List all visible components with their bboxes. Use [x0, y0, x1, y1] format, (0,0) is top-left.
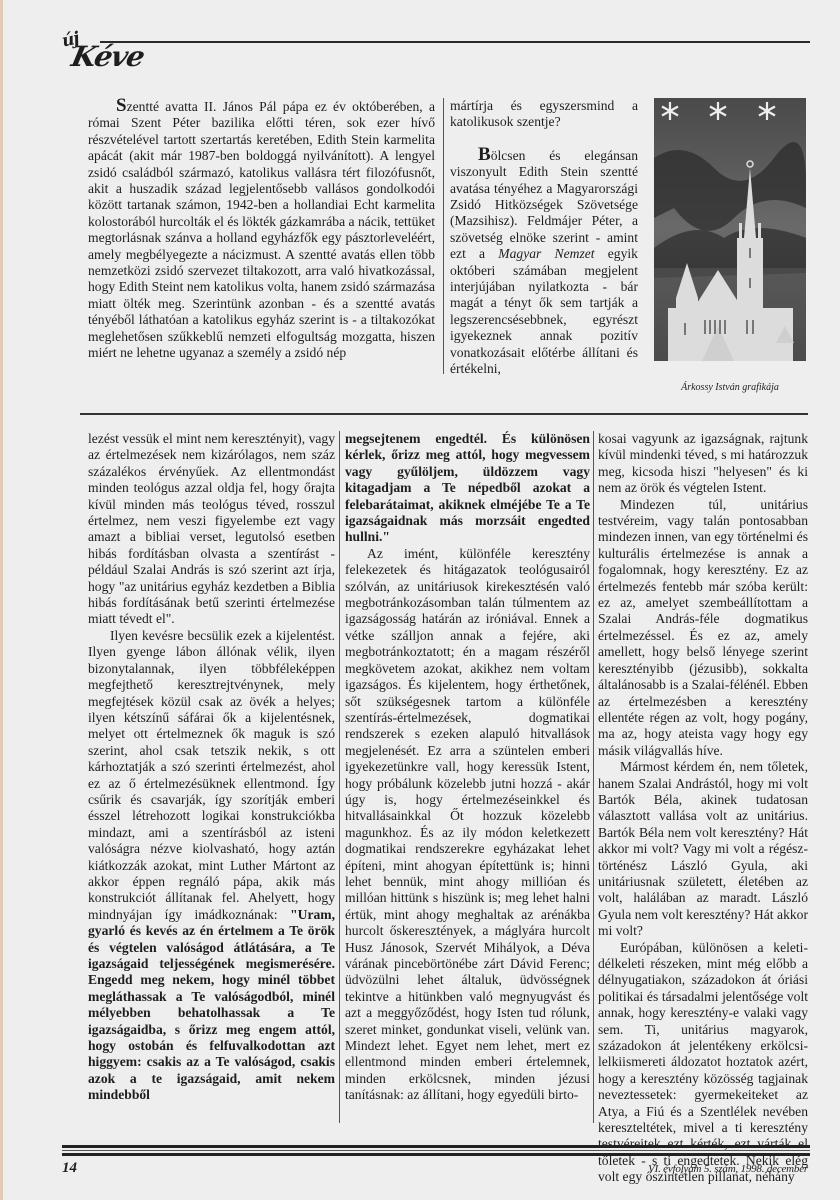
- section-rule: [80, 413, 808, 415]
- paragraph: Bölcsen és elegánsan viszonyult Edith St…: [450, 147, 638, 378]
- prayer-quote: megsejtenem engedtél. És különösen kérle…: [345, 431, 590, 546]
- magazine-page: új Kéve Szentté avatta II. János Pál páp…: [0, 0, 840, 1200]
- header-rule: [100, 41, 810, 43]
- bottom-column-3: kosai vagyunk az igazságnak, rajtunk kív…: [598, 431, 808, 1186]
- prayer-quote: "Uram, gyarló és kevés az én értelmem a …: [88, 907, 335, 1102]
- paragraph: Európában, különösen a keleti-délkeleti …: [598, 940, 808, 1186]
- page-edge: [0, 0, 3, 1200]
- figure-caption: Árkossy István grafikája: [654, 382, 806, 393]
- column-divider: [339, 431, 340, 1123]
- issue-info: VI. évfolyam 5. szám, 1998. december: [648, 1163, 808, 1175]
- footer-rule: [62, 1145, 810, 1148]
- footer-rule: [62, 1153, 810, 1156]
- paragraph: Mindezen túl, unitárius testvéreim, vagy…: [598, 497, 808, 760]
- intro-paragraph: Szentté avatta II. János Pál pápa ez év …: [88, 98, 435, 362]
- church-illustration: [654, 98, 806, 361]
- top-column-1: Szentté avatta II. János Pál pápa ez év …: [88, 98, 435, 362]
- paragraph: kosai vagyunk az igazságnak, rajtunk kív…: [598, 431, 808, 497]
- column-divider: [443, 98, 444, 374]
- page-number: 14: [62, 1160, 77, 1177]
- footer-rule: [62, 1150, 810, 1151]
- publication-title: Magyar Nemzet: [498, 246, 594, 261]
- paragraph: Mármost kérdem én, nem tőletek, hanem Sz…: [598, 759, 808, 939]
- bottom-column-2: megsejtenem engedtél. És különösen kérle…: [345, 431, 590, 1104]
- paragraph: Az imént, különféle keresztény felekezet…: [345, 546, 590, 1104]
- drop-cap: B: [478, 144, 491, 165]
- paragraph: mártírja és egyszersmind a katolikusok s…: [450, 98, 638, 131]
- church-illustration-graphic: [654, 98, 806, 361]
- paragraph: Ilyen kevésre becsülik ezek a kijelentés…: [88, 628, 335, 1104]
- magazine-logo: új Kéve: [60, 30, 160, 80]
- logo-main-text: Kéve: [68, 40, 147, 73]
- bottom-column-1: lezést vessük el mint nem keresztényit),…: [88, 431, 335, 1104]
- top-column-2: mártírja és egyszersmind a katolikusok s…: [450, 98, 638, 378]
- drop-cap: S: [116, 95, 127, 116]
- paragraph: lezést vessük el mint nem keresztényit),…: [88, 431, 335, 628]
- column-divider: [593, 431, 594, 1123]
